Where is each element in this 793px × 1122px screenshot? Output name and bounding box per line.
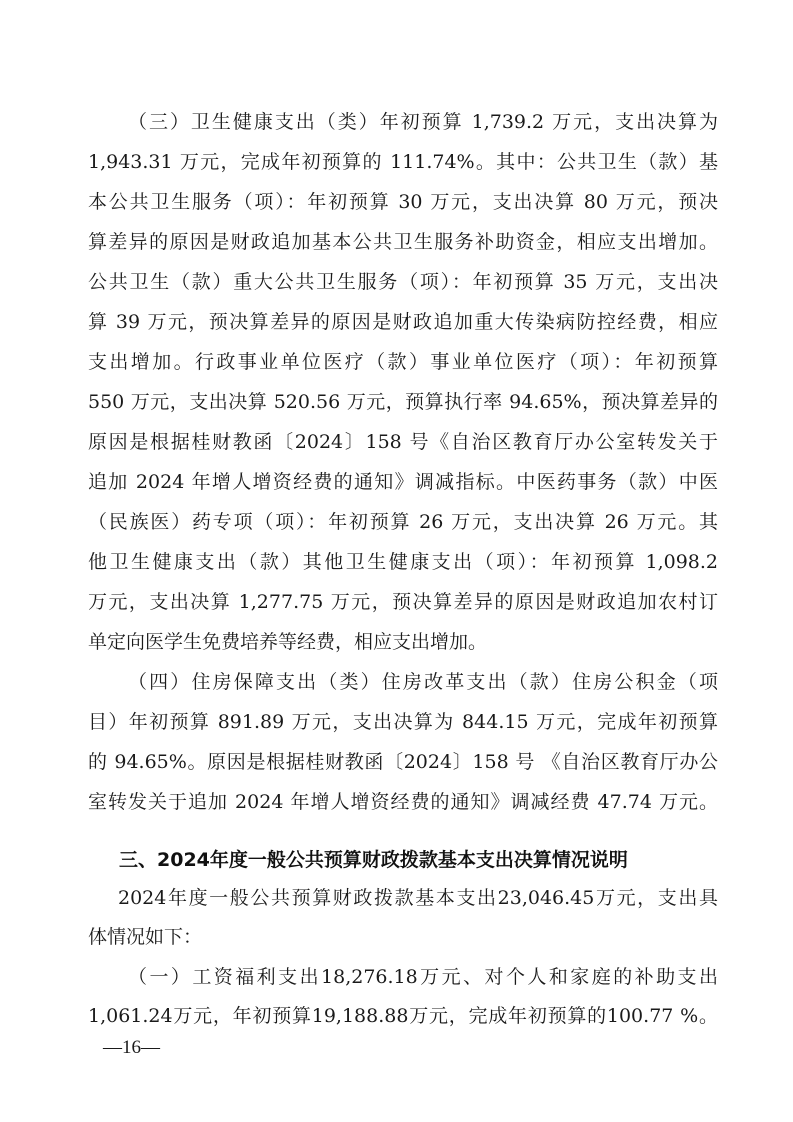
health-paragraph-line: 算 39 万元，预决算差异的原因是财政追加重大传染病防控经费，相应 [88,307,718,337]
item-one-paragraph-line: 1,061.24万元，年初预算19,188.88万元，完成年初预算的100.77… [88,1001,718,1031]
section-heading: 三、2024年度一般公共预算财政拨款基本支出决算情况说明 [119,845,719,875]
health-paragraph-line: （民族医）药专项（项）：年初预算 26 万元，支出决算 26 万元。其 [88,507,718,537]
health-paragraph-line: 支出增加。行政事业单位医疗（款）事业单位医疗（项）：年初预算 [88,347,718,377]
health-paragraph-line: 本公共卫生服务（项）：年初预算 30 万元，支出决算 80 万元，预决 [88,187,718,217]
health-paragraph-line: 1,943.31 万元，完成年初预算的 111.74%。其中：公共卫生（款）基 [88,147,718,177]
health-paragraph-line: 算差异的原因是财政追加基本公共卫生服务补助资金，相应支出增加。 [88,227,718,257]
housing-paragraph-line: 的 94.65%。原因是根据桂财教函〔2024〕158 号 《自治区教育厅办公 [88,747,718,777]
health-paragraph-line: 万元，支出决算 1,277.75 万元，预决算差异的原因是财政追加农村订 [88,587,718,617]
health-paragraph-line: 原因是根据桂财教函〔2024〕158 号《自治区教育厅办公室转发关于 [88,427,718,457]
health-paragraph-line: 550 万元，支出决算 520.56 万元，预算执行率 94.65%，预决算差异… [88,387,718,417]
health-paragraph-line: 单定向医学生免费培养等经费，相应支出增加。 [88,627,718,657]
document-page: （三）卫生健康支出（类）年初预算 1,739.2 万元，支出决算为 1,943.… [0,0,793,1122]
intro-paragraph-line: 体情况如下： [88,922,718,952]
intro-paragraph-line: 2024年度一般公共预算财政拨款基本支出23,046.45万元，支出具 [118,883,718,913]
health-paragraph-line: （三）卫生健康支出（类）年初预算 1,739.2 万元，支出决算为 [128,107,718,137]
housing-paragraph-line: （四）住房保障支出（类）住房改革支出（款）住房公积金（项 [128,667,718,697]
housing-paragraph-line: 室转发关于追加 2024 年增人增资经费的通知》调减经费 47.74 万元。 [88,787,718,817]
item-one-paragraph-line: （一）工资福利支出18,276.18万元、对个人和家庭的补助支出 [128,962,718,992]
page-number: —16— [103,1034,160,1062]
health-paragraph-line: 他卫生健康支出（款）其他卫生健康支出（项）：年初预算 1,098.2 [88,547,718,577]
health-paragraph-line: 追加 2024 年增人增资经费的通知》调减指标。中医药事务（款）中医 [88,467,718,497]
health-paragraph-line: 公共卫生（款）重大公共卫生服务（项）：年初预算 35 万元，支出决 [88,267,718,297]
housing-paragraph-line: 目）年初预算 891.89 万元，支出决算为 844.15 万元，完成年初预算 [88,707,718,737]
